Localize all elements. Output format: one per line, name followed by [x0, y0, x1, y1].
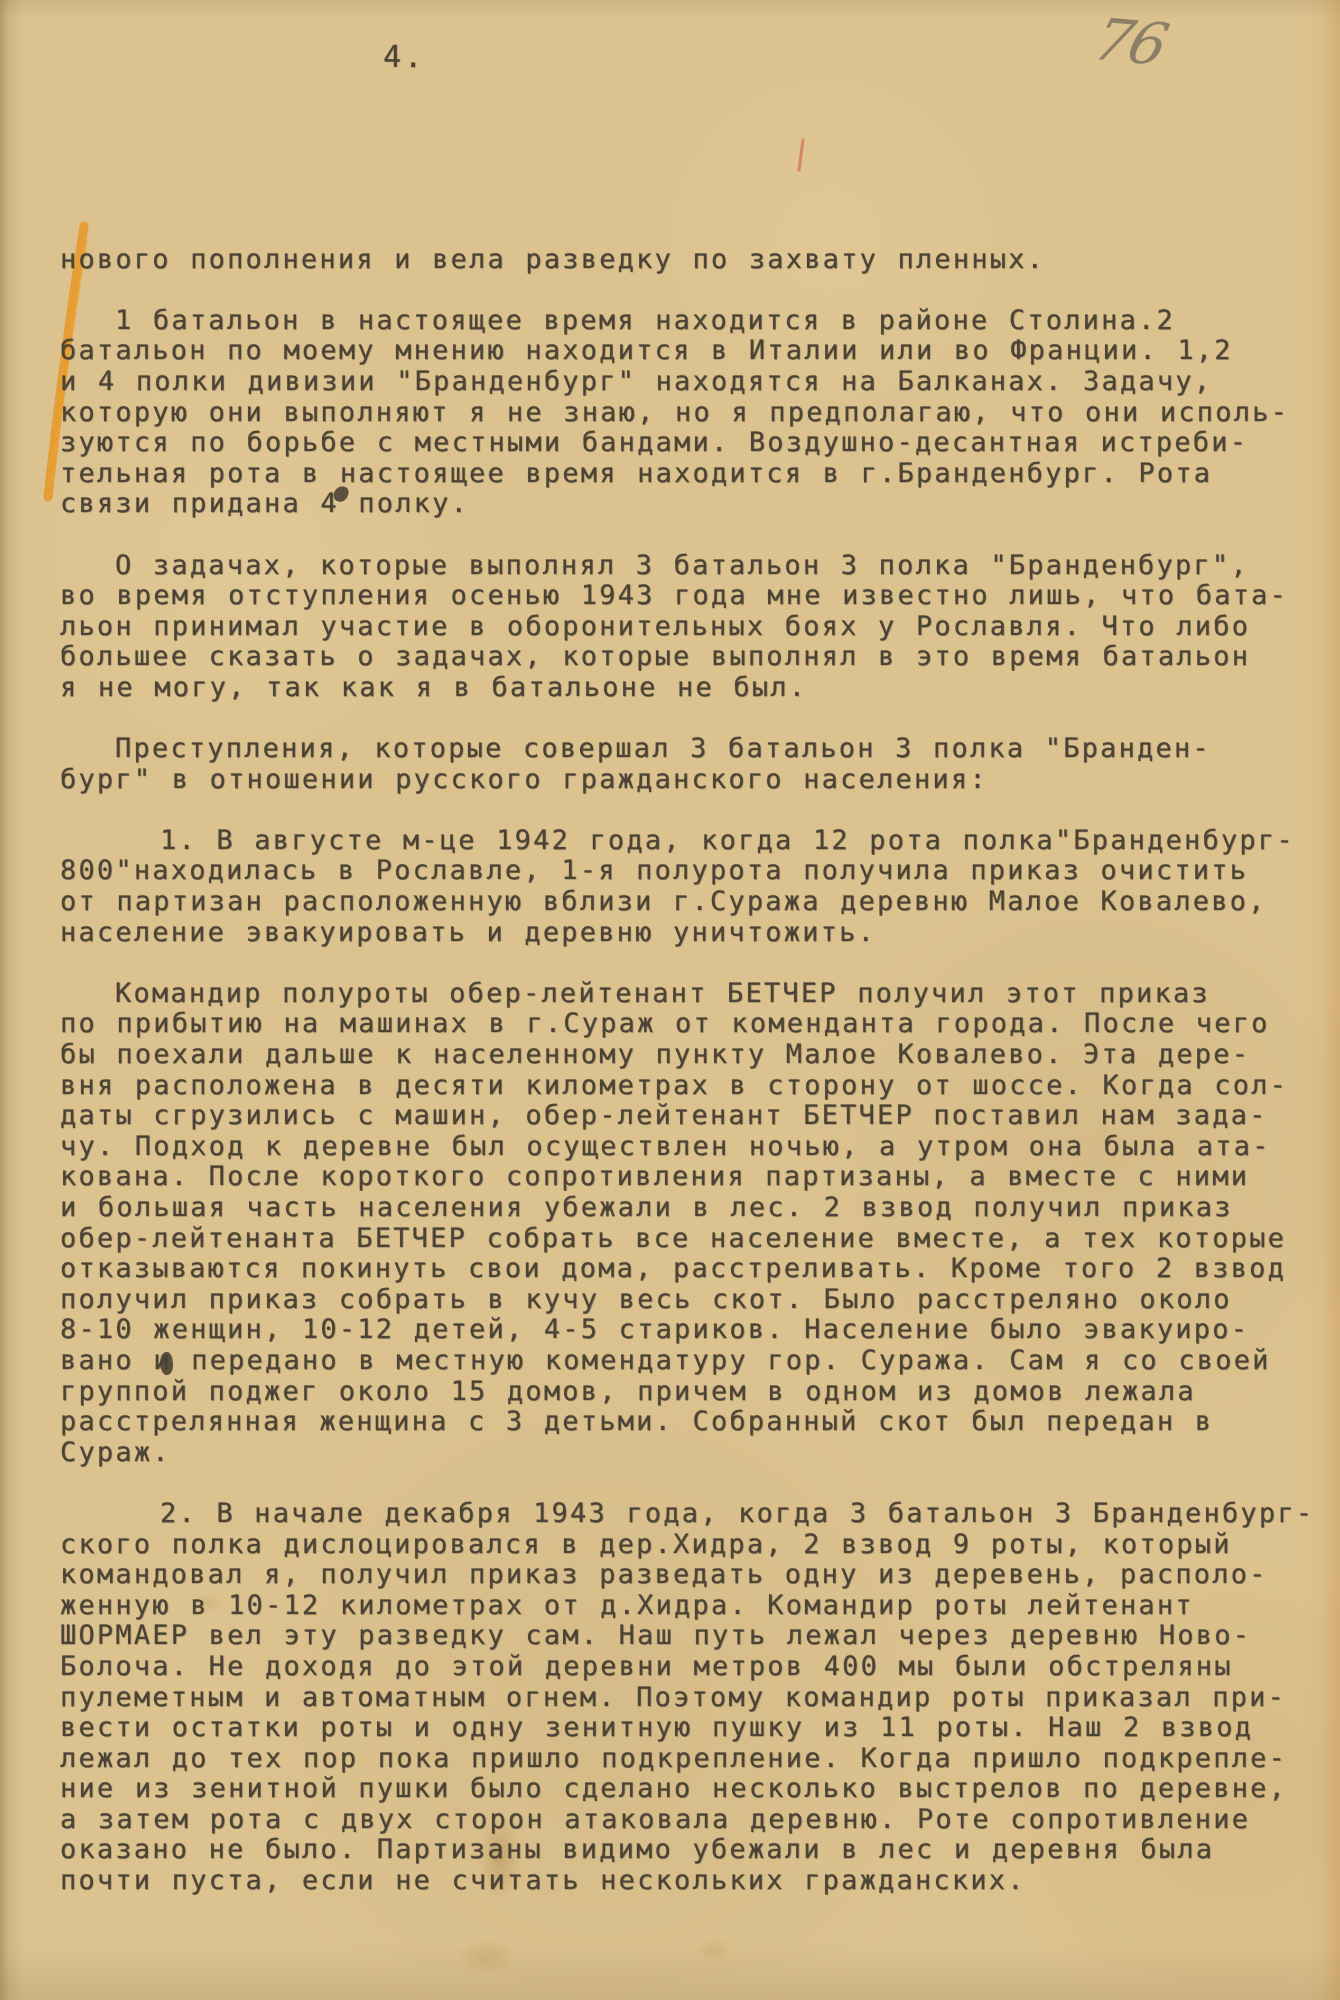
paragraph-battalion-tasks: О задачах, которые выполнял 3 батальон 3… — [60, 551, 1322, 704]
paragraph-battalion-locations: 1 батальон в настоящее время находится в… — [60, 306, 1322, 520]
scanned-document-page: 4. 76 нового пополнения и вела разведку … — [0, 0, 1340, 2000]
paragraph-crimes-heading: Преступления, которые совершал 3 батальо… — [60, 734, 1322, 795]
typewritten-text-block: нового пополнения и вела разведку по зах… — [60, 214, 1322, 1927]
paragraph-item-1-details: Командир полуроты обер-лейтенант БЕТЧЕР … — [60, 979, 1322, 1469]
paragraph-item-2: 2. В начале декабря 1943 года, когда 3 б… — [60, 1499, 1322, 1897]
paragraph-item-1: 1. В августе м-це 1942 года, когда 12 ро… — [60, 826, 1322, 948]
paragraph-continuation: нового пополнения и вела разведку по зах… — [60, 245, 1322, 276]
red-pencil-tick — [799, 140, 803, 170]
typed-page-number: 4. — [383, 40, 425, 75]
handwritten-folio-number: 76 — [1087, 6, 1172, 79]
